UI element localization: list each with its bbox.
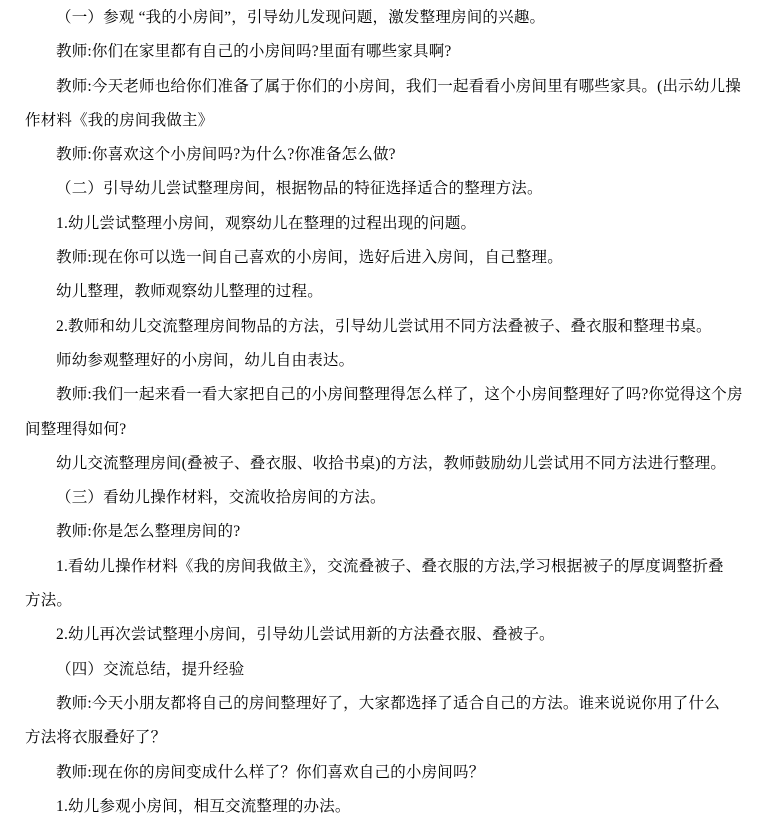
paragraph: （二）引导幼儿尝试整理房间，根据物品的特征选择适合的整理方法。 bbox=[25, 172, 750, 206]
paragraph-first-line: 教师:今天老师也给你们准备了属于你们的小房间，我们一起看看小房间里有哪些家具。(… bbox=[25, 70, 750, 104]
paragraph-first-line: 教师:现在你可以选一间自己喜欢的小房间，选好后进入房间，自己整理。 bbox=[25, 241, 750, 275]
paragraph-wrap-line: 作材料《我的房间我做主》 bbox=[25, 104, 750, 138]
paragraph: 2.幼儿再次尝试整理小房间，引导幼儿尝试用新的方法叠衣服、叠被子。 bbox=[25, 618, 750, 652]
paragraph-first-line: 1.幼儿尝试整理小房间，观察幼儿在整理的过程出现的问题。 bbox=[25, 207, 750, 241]
paragraph-wrap-line: 间整理得如何? bbox=[25, 413, 750, 447]
paragraph: 教师:你们在家里都有自己的小房间吗?里面有哪些家具啊? bbox=[25, 35, 750, 69]
paragraph-first-line: （四）交流总结，提升经验 bbox=[25, 653, 750, 687]
paragraph-first-line: 教师:你是怎么整理房间的? bbox=[25, 515, 750, 549]
paragraph: （一）参观 “我的小房间”，引导幼儿发现问题，激发整理房间的兴趣。 bbox=[25, 1, 750, 35]
paragraph-first-line: 教师:你们在家里都有自己的小房间吗?里面有哪些家具啊? bbox=[25, 35, 750, 69]
paragraph-first-line: 教师:你喜欢这个小房间吗?为什么?你准备怎么做? bbox=[25, 138, 750, 172]
paragraph: 教师:现在你可以选一间自己喜欢的小房间，选好后进入房间，自己整理。 bbox=[25, 241, 750, 275]
paragraph-first-line: （二）引导幼儿尝试整理房间，根据物品的特征选择适合的整理方法。 bbox=[25, 172, 750, 206]
paragraph-first-line: 幼儿交流整理房间(叠被子、叠衣服、收拾书桌)的方法，教师鼓励幼儿尝试用不同方法进… bbox=[25, 447, 750, 481]
paragraph-first-line: 2.教师和幼儿交流整理房间物品的方法，引导幼儿尝试用不同方法叠被子、叠衣服和整理… bbox=[25, 310, 750, 344]
paragraph: 1.幼儿参观小房间，相互交流整理的办法。 bbox=[25, 790, 750, 822]
paragraph: （四）交流总结，提升经验 bbox=[25, 653, 750, 687]
paragraph-first-line: （一）参观 “我的小房间”，引导幼儿发现问题，激发整理房间的兴趣。 bbox=[25, 1, 750, 35]
paragraph-first-line: 教师:现在你的房间变成什么样了？你们喜欢自己的小房间吗？ bbox=[25, 756, 750, 790]
paragraph: 教师:你是怎么整理房间的? bbox=[25, 515, 750, 549]
paragraph-first-line: 2.幼儿再次尝试整理小房间，引导幼儿尝试用新的方法叠衣服、叠被子。 bbox=[25, 618, 750, 652]
paragraph: 1.看幼儿操作材料《我的房间我做主》，交流叠被子、叠衣服的方法,学习根据被子的厚… bbox=[25, 550, 750, 619]
paragraph-first-line: （三）看幼儿操作材料，交流收拾房间的方法。 bbox=[25, 481, 750, 515]
paragraph-first-line: 教师:今天小朋友都将自己的房间整理好了，大家都选择了适合自己的方法。谁来说说你用… bbox=[25, 687, 750, 721]
paragraph-first-line: 1.看幼儿操作材料《我的房间我做主》，交流叠被子、叠衣服的方法,学习根据被子的厚… bbox=[25, 550, 750, 584]
document-page: （一）参观 “我的小房间”，引导幼儿发现问题，激发整理房间的兴趣。教师:你们在家… bbox=[0, 0, 765, 822]
paragraph: 教师:你喜欢这个小房间吗?为什么?你准备怎么做? bbox=[25, 138, 750, 172]
paragraph-first-line: 教师:我们一起来看一看大家把自己的小房间整理得怎么样了，这个小房间整理好了吗?你… bbox=[25, 378, 750, 412]
paragraph: 教师:现在你的房间变成什么样了？你们喜欢自己的小房间吗？ bbox=[25, 756, 750, 790]
paragraph: 教师:我们一起来看一看大家把自己的小房间整理得怎么样了，这个小房间整理好了吗?你… bbox=[25, 378, 750, 447]
paragraph: （三）看幼儿操作材料，交流收拾房间的方法。 bbox=[25, 481, 750, 515]
paragraph-wrap-line: 方法。 bbox=[25, 584, 750, 618]
paragraph: 幼儿整理，教师观察幼儿整理的过程。 bbox=[25, 275, 750, 309]
paragraph-first-line: 1.幼儿参观小房间，相互交流整理的办法。 bbox=[25, 790, 750, 822]
paragraph-first-line: 师幼参观整理好的小房间，幼儿自由表达。 bbox=[25, 344, 750, 378]
paragraph: 1.幼儿尝试整理小房间，观察幼儿在整理的过程出现的问题。 bbox=[25, 207, 750, 241]
paragraph: 教师:今天老师也给你们准备了属于你们的小房间，我们一起看看小房间里有哪些家具。(… bbox=[25, 70, 750, 139]
paragraph: 教师:今天小朋友都将自己的房间整理好了，大家都选择了适合自己的方法。谁来说说你用… bbox=[25, 687, 750, 756]
paragraph: 幼儿交流整理房间(叠被子、叠衣服、收拾书桌)的方法，教师鼓励幼儿尝试用不同方法进… bbox=[25, 447, 750, 481]
paragraph: 2.教师和幼儿交流整理房间物品的方法，引导幼儿尝试用不同方法叠被子、叠衣服和整理… bbox=[25, 310, 750, 344]
paragraph-wrap-line: 方法将衣服叠好了？ bbox=[25, 721, 750, 755]
paragraph: 师幼参观整理好的小房间，幼儿自由表达。 bbox=[25, 344, 750, 378]
paragraph-first-line: 幼儿整理，教师观察幼儿整理的过程。 bbox=[25, 275, 750, 309]
